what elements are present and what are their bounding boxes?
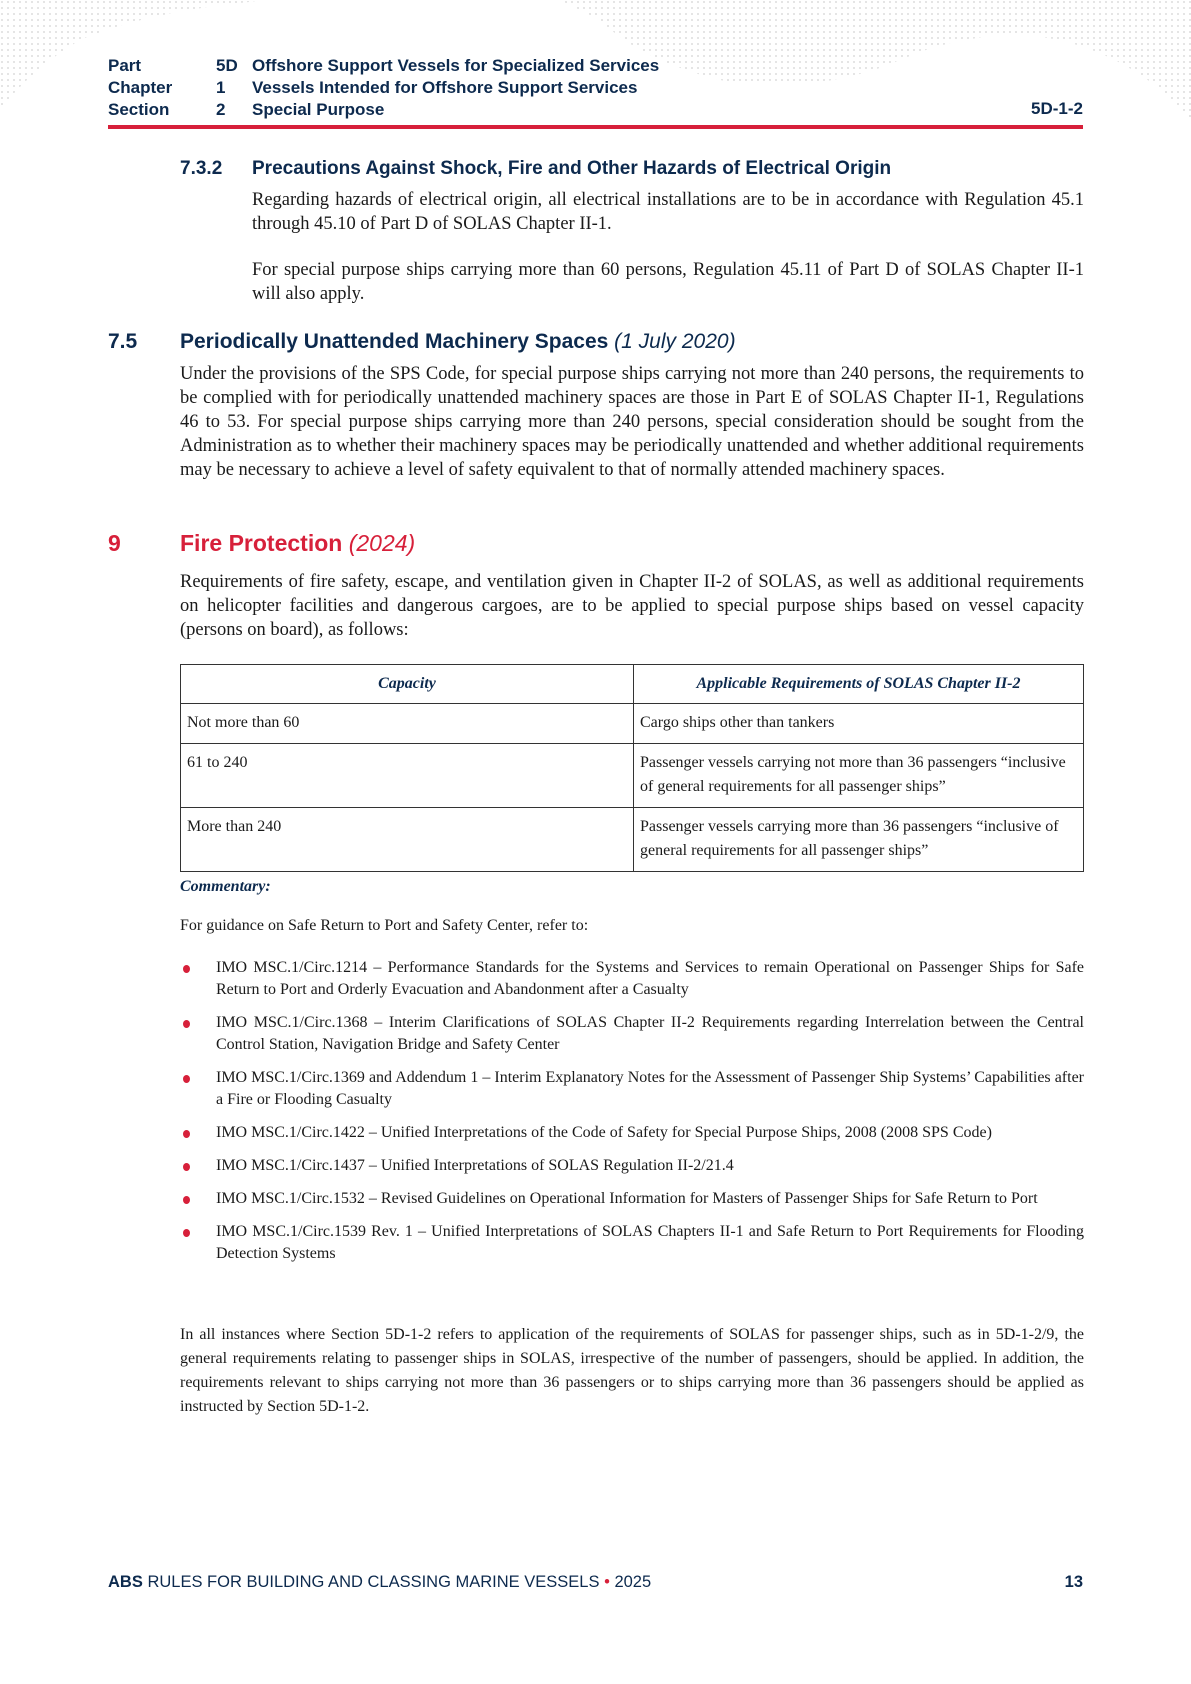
header-number: 5D [216,55,252,77]
requirement-cell: Passenger vessels carrying more than 36 … [634,808,1084,872]
footer-brand: ABS [108,1573,143,1591]
footer-separator: • [604,1573,610,1591]
heading-number: 7.5 [108,330,180,354]
list-item-text: IMO MSC.1/Circ.1214 – Performance Standa… [216,959,1084,998]
heading-title: Precautions Against Shock, Fire and Othe… [252,158,891,179]
heading-title: Periodically Unattended Machinery Spaces [180,330,608,353]
header-section-row: Section 2 Special Purpose [108,99,1083,121]
page-number: 13 [1065,1573,1083,1592]
capacity-cell: 61 to 240 [181,744,634,808]
capacity-cell: Not more than 60 [181,704,634,744]
bullet-icon [183,1196,190,1204]
heading-date: (1 July 2020) [614,330,735,353]
bullet-icon [183,1229,190,1237]
paragraph: For special purpose ships carrying more … [252,258,1084,306]
section-reference: 5D-1-2 [1031,99,1083,119]
paragraph: Requirements of fire safety, escape, and… [180,570,1084,642]
heading-9: 9Fire Protection (2024) [108,530,415,557]
list-item-text: IMO MSC.1/Circ.1422 – Unified Interpreta… [216,1124,992,1141]
capacity-cell: More than 240 [181,808,634,872]
list-item: IMO MSC.1/Circ.1368 – Interim Clarificat… [180,1012,1084,1056]
table-row: More than 240 Passenger vessels carrying… [181,808,1084,872]
header-label: Section [108,99,216,121]
list-item: IMO MSC.1/Circ.1214 – Performance Standa… [180,957,1084,1001]
column-header: Capacity [181,665,634,704]
capacity-requirements-table: Capacity Applicable Requirements of SOLA… [180,664,1084,872]
heading-number: 9 [108,530,180,557]
bullet-icon [183,1075,190,1083]
footer-title: RULES FOR BUILDING AND CLASSING MARINE V… [147,1573,599,1591]
header-title: Offshore Support Vessels for Specialized… [252,55,1083,77]
header-number: 1 [216,77,252,99]
list-item: IMO MSC.1/Circ.1539 Rev. 1 – Unified Int… [180,1221,1084,1265]
bullet-icon [183,965,190,973]
heading-7-3-2: 7.3.2Precautions Against Shock, Fire and… [180,158,891,180]
header-label: Chapter [108,77,216,99]
heading-date: (2024) [349,530,415,556]
column-header: Applicable Requirements of SOLAS Chapter… [634,665,1084,704]
heading-number: 7.3.2 [180,158,252,180]
table-row: Not more than 60 Cargo ships other than … [181,704,1084,744]
commentary-closing: In all instances where Section 5D-1-2 re… [180,1323,1084,1419]
table-header-row: Capacity Applicable Requirements of SOLA… [181,665,1084,704]
list-item-text: IMO MSC.1/Circ.1369 and Addendum 1 – Int… [216,1069,1084,1108]
list-item: IMO MSC.1/Circ.1369 and Addendum 1 – Int… [180,1067,1084,1111]
list-item-text: IMO MSC.1/Circ.1437 – Unified Interpreta… [216,1157,734,1174]
reference-list: IMO MSC.1/Circ.1214 – Performance Standa… [180,957,1084,1276]
header-title: Special Purpose [252,99,1083,121]
header-number: 2 [216,99,252,121]
header-title: Vessels Intended for Offshore Support Se… [252,77,1083,99]
footer-year: 2025 [614,1573,651,1591]
requirement-cell: Cargo ships other than tankers [634,704,1084,744]
list-item: IMO MSC.1/Circ.1437 – Unified Interpreta… [180,1155,1084,1177]
bullet-icon [183,1020,190,1028]
header-part-row: Part 5D Offshore Support Vessels for Spe… [108,55,1083,77]
commentary-intro: For guidance on Safe Return to Port and … [180,914,1084,938]
bullet-icon [183,1163,190,1171]
list-item-text: IMO MSC.1/Circ.1368 – Interim Clarificat… [216,1014,1084,1053]
table-row: 61 to 240 Passenger vessels carrying not… [181,744,1084,808]
list-item: IMO MSC.1/Circ.1532 – Revised Guidelines… [180,1188,1084,1210]
running-header: Part 5D Offshore Support Vessels for Spe… [108,55,1083,121]
list-item: IMO MSC.1/Circ.1422 – Unified Interpreta… [180,1122,1084,1144]
list-item-text: IMO MSC.1/Circ.1532 – Revised Guidelines… [216,1190,1038,1207]
list-item-text: IMO MSC.1/Circ.1539 Rev. 1 – Unified Int… [216,1223,1084,1262]
commentary-label: Commentary: [180,878,271,896]
bullet-icon [183,1130,190,1138]
header-label: Part [108,55,216,77]
heading-7-5: 7.5Periodically Unattended Machinery Spa… [108,330,736,354]
page-footer: ABS RULES FOR BUILDING AND CLASSING MARI… [108,1573,1083,1592]
header-rule [108,125,1083,129]
requirement-cell: Passenger vessels carrying not more than… [634,744,1084,808]
paragraph: Regarding hazards of electrical origin, … [252,188,1084,236]
heading-title: Fire Protection [180,530,342,556]
header-chapter-row: Chapter 1 Vessels Intended for Offshore … [108,77,1083,99]
paragraph: Under the provisions of the SPS Code, fo… [180,362,1084,482]
